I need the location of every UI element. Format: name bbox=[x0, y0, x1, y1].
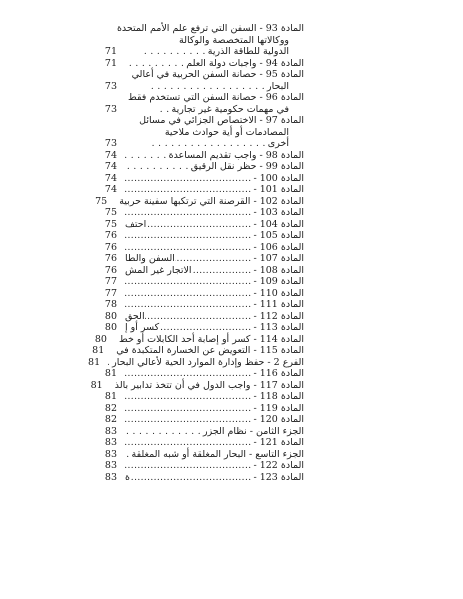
toc-row: المادة 110 - ...........................… bbox=[92, 288, 304, 300]
toc-entry-text: المادة 103 - bbox=[253, 207, 304, 219]
leader-dots: ........................................… bbox=[145, 312, 254, 324]
page-number: 82 bbox=[92, 403, 117, 415]
toc-entry-text: المادة 113 - bbox=[253, 322, 304, 334]
leader-dots: ........................................… bbox=[192, 266, 254, 278]
toc-row: المادة 111 - ...........................… bbox=[92, 299, 304, 311]
page-number: 77 bbox=[92, 276, 117, 288]
page-number: 75 bbox=[92, 219, 117, 231]
page-number: 83 bbox=[92, 472, 117, 484]
toc-entry-text: المادة 112 - bbox=[253, 311, 304, 323]
leader-dots: ........................................… bbox=[125, 174, 253, 186]
toc-entry-text: المادة 96 - حصانة السفن التي تستخدم فقط bbox=[128, 92, 304, 104]
page-number: 83 bbox=[92, 449, 117, 461]
toc-entry-text: المادة 93 - السفن التي ترفع علم الأمم ال… bbox=[117, 23, 304, 35]
toc-entry-text: المادة 101 - bbox=[253, 184, 304, 196]
toc-row: البحار . . . . . . . . . . . . . . . . .… bbox=[92, 81, 304, 93]
page-number: 76 bbox=[92, 265, 117, 277]
toc-entry-text: المصادمات أو أية حوادث ملاحية bbox=[165, 127, 289, 139]
toc-row: المادة 93 - السفن التي ترفع علم الأمم ال… bbox=[92, 23, 304, 35]
toc-entry-text: المادة 105 - bbox=[253, 230, 304, 242]
toc-entry-text: المادة 97 - الاختصاص الجزائي في مسائل bbox=[139, 115, 304, 127]
toc-list: المادة 93 - السفن التي ترفع علم الأمم ال… bbox=[92, 23, 304, 483]
toc-entry-text: الجزء الثامن - نظام الجزر bbox=[203, 426, 304, 438]
page-number: 83 bbox=[92, 426, 117, 438]
toc-entry-text: المادة 117 - واجب الدول في أن تتخذ تدابي… bbox=[115, 380, 304, 392]
toc-entry-text: الفرع 2 - حفظ وإدارة الموارد الحية لأعال… bbox=[112, 357, 304, 369]
toc-row: المصادمات أو أية حوادث ملاحية bbox=[92, 127, 304, 139]
toc-entry-text: المادة 123 - bbox=[253, 472, 304, 484]
toc-row: المادة 103 - ...........................… bbox=[92, 207, 304, 219]
toc-entry-text: المادة 109 - bbox=[253, 276, 304, 288]
toc-row: المادة 101 - ...........................… bbox=[92, 184, 304, 196]
toc-entry-text: المادة 116 - bbox=[253, 368, 304, 380]
page-number: 81 bbox=[92, 391, 117, 403]
page-number: 81 bbox=[75, 357, 100, 369]
toc-entry-text: المادة 100 - bbox=[253, 173, 304, 185]
toc-row: ووكالاتها المتخصصة والوكالة bbox=[92, 35, 304, 47]
toc-entry-text: المادة 108 - bbox=[253, 265, 304, 277]
toc-row: المادة 113 - ...........................… bbox=[92, 322, 304, 334]
toc-row: الفرع 2 - حفظ وإدارة الموارد الحية لأعال… bbox=[92, 357, 304, 369]
leader-dots: ........................................… bbox=[125, 392, 253, 404]
page-number: 80 bbox=[92, 322, 117, 334]
toc-row: المادة 114 - كسر أو إصابة أحد الكابلات أ… bbox=[92, 334, 304, 346]
page-number: 74 bbox=[92, 150, 117, 162]
leader-dots: ........................................… bbox=[125, 404, 253, 416]
page-number: 73 bbox=[92, 81, 117, 93]
page-number: 74 bbox=[92, 173, 117, 185]
page-number: 80 bbox=[82, 334, 107, 346]
page-number: 74 bbox=[92, 161, 117, 173]
page-number: 73 bbox=[92, 138, 117, 150]
toc-entry-text: الدولية للطاقة الذرية bbox=[208, 46, 289, 58]
toc-entry-tail: الاتجار غير المش bbox=[125, 265, 192, 277]
toc-row: الدولية للطاقة الذرية . . . . . . . . . … bbox=[92, 46, 304, 58]
toc-row: المادة 118 - ...........................… bbox=[92, 391, 304, 403]
toc-row: المادة 96 - حصانة السفن التي تستخدم فقط bbox=[92, 92, 304, 104]
leader-dots: . . . . . . . . . bbox=[125, 450, 131, 462]
leader-dots: . . . . . . . . . . . . . . . . bbox=[125, 427, 203, 439]
toc-row: المادة 108 - ...........................… bbox=[92, 265, 304, 277]
toc-entry-text: الجزء التاسع - البحار المغلقة أو شبه الم… bbox=[131, 449, 304, 461]
leader-dots: . . . . . . . . . bbox=[125, 151, 169, 163]
page-number: 82 bbox=[92, 414, 117, 426]
toc-entry-tail: احتف bbox=[125, 219, 146, 231]
toc-row: المادة 109 - ...........................… bbox=[92, 276, 304, 288]
toc-entry-text: أخرى bbox=[268, 138, 289, 150]
toc-entry-text: المادة 98 - واجب تقديم المساعدة bbox=[169, 150, 304, 162]
page-number: 78 bbox=[92, 299, 117, 311]
page-number: 81 bbox=[79, 345, 104, 357]
page-number: 71 bbox=[92, 58, 117, 70]
toc-entry-text: المادة 114 - كسر أو إصابة أحد الكابلات أ… bbox=[119, 334, 304, 346]
page-number: 75 bbox=[82, 196, 107, 208]
toc-row: المادة 117 - واجب الدول في أن تتخذ تدابي… bbox=[92, 380, 304, 392]
page-number: 75 bbox=[92, 207, 117, 219]
toc-entry-tail: الحق bbox=[125, 311, 145, 323]
toc-row: المادة 120 - ...........................… bbox=[92, 414, 304, 426]
toc-row: أخرى . . . . . . . . . . . . . . . . . .… bbox=[92, 138, 304, 150]
toc-row: المادة 122 - ...........................… bbox=[92, 460, 304, 472]
toc-row: المادة 123 - ...........................… bbox=[92, 472, 304, 484]
page-number: 71 bbox=[92, 46, 117, 58]
toc-entry-tail: السفن والطا bbox=[125, 253, 175, 265]
toc-row: المادة 97 - الاختصاص الجزائي في مسائل bbox=[92, 115, 304, 127]
toc-entry-tail: ة bbox=[125, 472, 130, 484]
toc-entry-text: المادة 111 - bbox=[253, 299, 304, 311]
toc-entry-text: المادة 118 - bbox=[253, 391, 304, 403]
leader-dots: . . . . . . . . . . . . bbox=[125, 162, 191, 174]
leader-dots: ........................................… bbox=[125, 289, 253, 301]
toc-row: الجزء التاسع - البحار المغلقة أو شبه الم… bbox=[92, 449, 304, 461]
toc-row: المادة 95 - حصانة السفن الحربية في أعالي bbox=[92, 69, 304, 81]
toc-entry-text: المادة 122 - bbox=[253, 460, 304, 472]
toc-entry-text: المادة 115 - التعويض عن الخسارة المتكبدة… bbox=[116, 345, 304, 357]
toc-row: المادة 119 - ...........................… bbox=[92, 403, 304, 415]
toc-row: المادة 99 - حظر نقل الرقيق . . . . . . .… bbox=[92, 161, 304, 173]
toc-row: المادة 100 - ...........................… bbox=[92, 173, 304, 185]
page-number: 83 bbox=[92, 437, 117, 449]
toc-entry-text: المادة 119 - bbox=[253, 403, 304, 415]
toc-entry-text: المادة 95 - حصانة السفن الحربية في أعالي bbox=[132, 69, 304, 81]
toc-entry-text: المادة 94 - واجبات دولة العلم bbox=[186, 58, 304, 70]
toc-row: المادة 98 - واجب تقديم المساعدة . . . . … bbox=[92, 150, 304, 162]
toc-row: الجزء الثامن - نظام الجزر . . . . . . . … bbox=[92, 426, 304, 438]
toc-row: المادة 121 - ...........................… bbox=[92, 437, 304, 449]
page-number: 73 bbox=[92, 104, 117, 116]
toc-entry-text: ووكالاتها المتخصصة والوكالة bbox=[179, 35, 289, 47]
page-number: 74 bbox=[92, 184, 117, 196]
toc-entry-text: المادة 107 - bbox=[253, 253, 304, 265]
page-number: 77 bbox=[92, 288, 117, 300]
toc-row: المادة 105 - ...........................… bbox=[92, 230, 304, 242]
toc-row: المادة 106 - ...........................… bbox=[92, 242, 304, 254]
page-number: 80 bbox=[92, 311, 117, 323]
toc-entry-text: المادة 102 - القرصنة التي ترتكبها سفينة … bbox=[119, 196, 304, 208]
toc-row: المادة 94 - واجبات دولة العلم . . . . . … bbox=[92, 58, 304, 70]
document-page: المادة 93 - السفن التي ترفع علم الأمم ال… bbox=[0, 0, 463, 599]
leader-dots: ........................................… bbox=[125, 231, 253, 243]
page-number: 76 bbox=[92, 242, 117, 254]
toc-row: المادة 102 - القرصنة التي ترتكبها سفينة … bbox=[92, 196, 304, 208]
page-number: 83 bbox=[92, 460, 117, 472]
leader-dots: ........................................… bbox=[146, 220, 253, 232]
toc-entry-text: المادة 120 - bbox=[253, 414, 304, 426]
toc-row: المادة 107 - ...........................… bbox=[92, 253, 304, 265]
toc-row: المادة 116 - ...........................… bbox=[92, 368, 304, 380]
leader-dots: ........................................… bbox=[130, 473, 253, 485]
page-number: 76 bbox=[92, 230, 117, 242]
toc-row: المادة 104 - ...........................… bbox=[92, 219, 304, 231]
leader-dots: ........................................… bbox=[125, 277, 253, 289]
toc-entry-text: المادة 121 - bbox=[253, 437, 304, 449]
toc-entry-text: في مهمات حكومية غير تجارية bbox=[172, 104, 289, 116]
toc-row: المادة 115 - التعويض عن الخسارة المتكبدة… bbox=[92, 345, 304, 357]
toc-entry-text: البحار bbox=[267, 81, 289, 93]
toc-entry-text: المادة 106 - bbox=[253, 242, 304, 254]
toc-entry-tail: كسر أو إ bbox=[125, 322, 159, 334]
toc-row: في مهمات حكومية غير تجارية . . 73 bbox=[92, 104, 304, 116]
page-number: 81 bbox=[92, 368, 117, 380]
toc-entry-text: المادة 104 - bbox=[253, 219, 304, 231]
toc-entry-text: المادة 110 - bbox=[253, 288, 304, 300]
toc-entry-text: المادة 99 - حظر نقل الرقيق bbox=[191, 161, 304, 173]
page-number: 76 bbox=[92, 253, 117, 265]
leader-dots: ........................................… bbox=[125, 461, 253, 473]
toc-row: المادة 112 - ...........................… bbox=[92, 311, 304, 323]
page-number: 81 bbox=[78, 380, 103, 392]
